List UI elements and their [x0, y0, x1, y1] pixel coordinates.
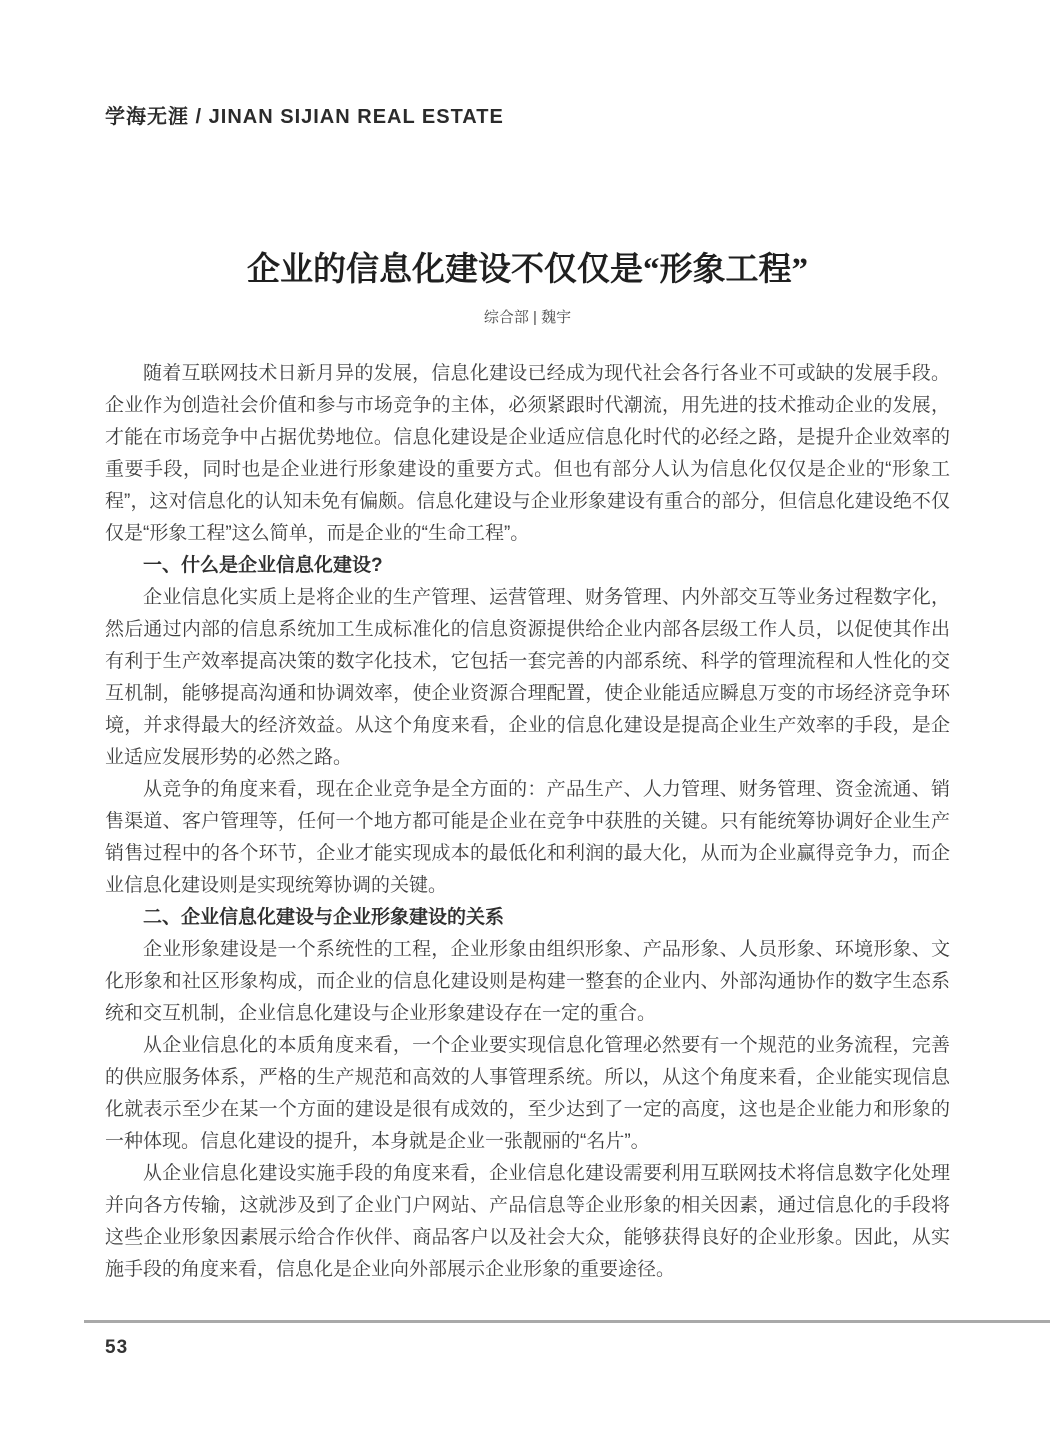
- paragraph-image-building: 企业形象建设是一个系统性的工程，企业形象由组织形象、产品形象、人员形象、环境形象…: [105, 934, 950, 1030]
- paragraph-what-is-informatization: 企业信息化实质上是将企业的生产管理、运营管理、财务管理、内外部交互等业务过程数字…: [105, 582, 950, 774]
- paragraph-competition-angle: 从竞争的角度来看，现在企业竞争是全方面的：产品生产、人力管理、财务管理、资金流通…: [105, 774, 950, 902]
- article: 企业的信息化建设不仅仅是“形象工程” 综合部 | 魏宇 随着互联网技术日新月异的…: [105, 248, 950, 1286]
- article-byline: 综合部 | 魏宇: [105, 306, 950, 327]
- page-header-masthead: 学海无涯 / JINAN SIJIAN REAL ESTATE: [105, 100, 504, 129]
- paragraph-implementation-angle: 从企业信息化建设实施手段的角度来看，企业信息化建设需要利用互联网技术将信息数字化…: [105, 1158, 950, 1286]
- paragraph-essence-angle: 从企业信息化的本质角度来看，一个企业要实现信息化管理必然要有一个规范的业务流程，…: [105, 1030, 950, 1158]
- magazine-page: 学海无涯 / JINAN SIJIAN REAL ESTATE 企业的信息化建设…: [0, 0, 1050, 1434]
- section-heading-2: 二、企业信息化建设与企业形象建设的关系: [105, 902, 950, 934]
- section-heading-1: 一、什么是企业信息化建设?: [105, 550, 950, 582]
- article-body: 随着互联网技术日新月异的发展，信息化建设已经成为现代社会各行各业不可或缺的发展手…: [105, 358, 950, 1286]
- page-number: 53: [105, 1337, 128, 1359]
- paragraph-intro: 随着互联网技术日新月异的发展，信息化建设已经成为现代社会各行各业不可或缺的发展手…: [105, 358, 950, 550]
- article-title: 企业的信息化建设不仅仅是“形象工程”: [105, 248, 950, 292]
- footer-divider-line: [84, 1320, 1050, 1323]
